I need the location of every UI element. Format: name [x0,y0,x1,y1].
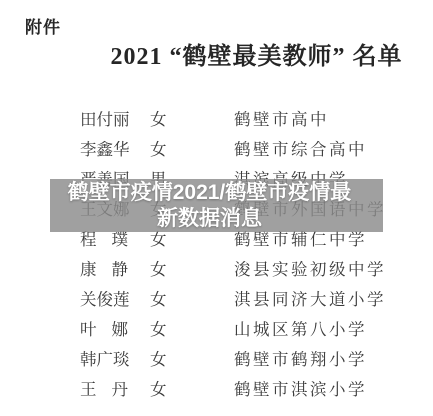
headline-line-2: 新数据消息 [157,206,262,232]
headline-line-1: 鹤壁市疫情2021/鹤壁市疫情最 [68,180,352,206]
teacher-school: 鹤壁市高中 [234,106,329,130]
roster-row: 王丹 女 鹤壁市淇滨小学 [80,373,410,403]
teacher-roster: 田付丽 女 鹤壁市高中 李鑫华 女 鹤壁市综合高中 严善国 男 淇滨高级中学 王… [80,103,410,403]
teacher-gender: 女 [150,106,168,130]
scanned-document-page: 附件 2021 “鹤壁最美教师” 名单 田付丽 女 鹤壁市高中 李鑫华 女 鹤壁… [0,0,433,416]
teacher-gender: 女 [150,136,168,160]
roster-row: 韩广琰 女 鹤壁市鹤翔小学 [80,343,410,373]
roster-row: 李鑫华 女 鹤壁市综合高中 [80,133,410,163]
teacher-name: 田付丽 [80,106,128,130]
roster-row: 关俊莲 女 淇县同济大道小学 [80,283,410,313]
teacher-school: 山城区第八小学 [234,316,367,340]
teacher-school: 鹤壁市综合高中 [234,136,367,160]
attachment-label: 附件 [25,13,61,38]
teacher-name: 王丹 [80,376,128,400]
teacher-gender: 女 [150,286,168,310]
document-title: 2021 “鹤壁最美教师” 名单 [80,36,433,71]
teacher-name: 关俊莲 [80,286,128,310]
teacher-gender: 女 [150,376,168,400]
teacher-school: 鹤壁市鹤翔小学 [234,346,367,370]
roster-row: 康静 女 浚县实验初级中学 [80,253,410,283]
roster-row: 田付丽 女 鹤壁市高中 [80,103,410,133]
headline-overlay-band: 鹤壁市疫情2021/鹤壁市疫情最 新数据消息 [50,179,383,232]
teacher-name: 叶娜 [80,316,128,340]
teacher-gender: 女 [150,256,168,280]
teacher-name: 李鑫华 [80,136,128,160]
roster-row: 叶娜 女 山城区第八小学 [80,313,410,343]
teacher-gender: 女 [150,346,168,370]
teacher-name: 康静 [80,256,128,280]
teacher-school: 浚县实验初级中学 [234,256,386,280]
teacher-name: 韩广琰 [80,346,128,370]
teacher-school: 淇县同济大道小学 [234,286,386,310]
teacher-gender: 女 [150,316,168,340]
teacher-school: 鹤壁市淇滨小学 [234,376,367,400]
